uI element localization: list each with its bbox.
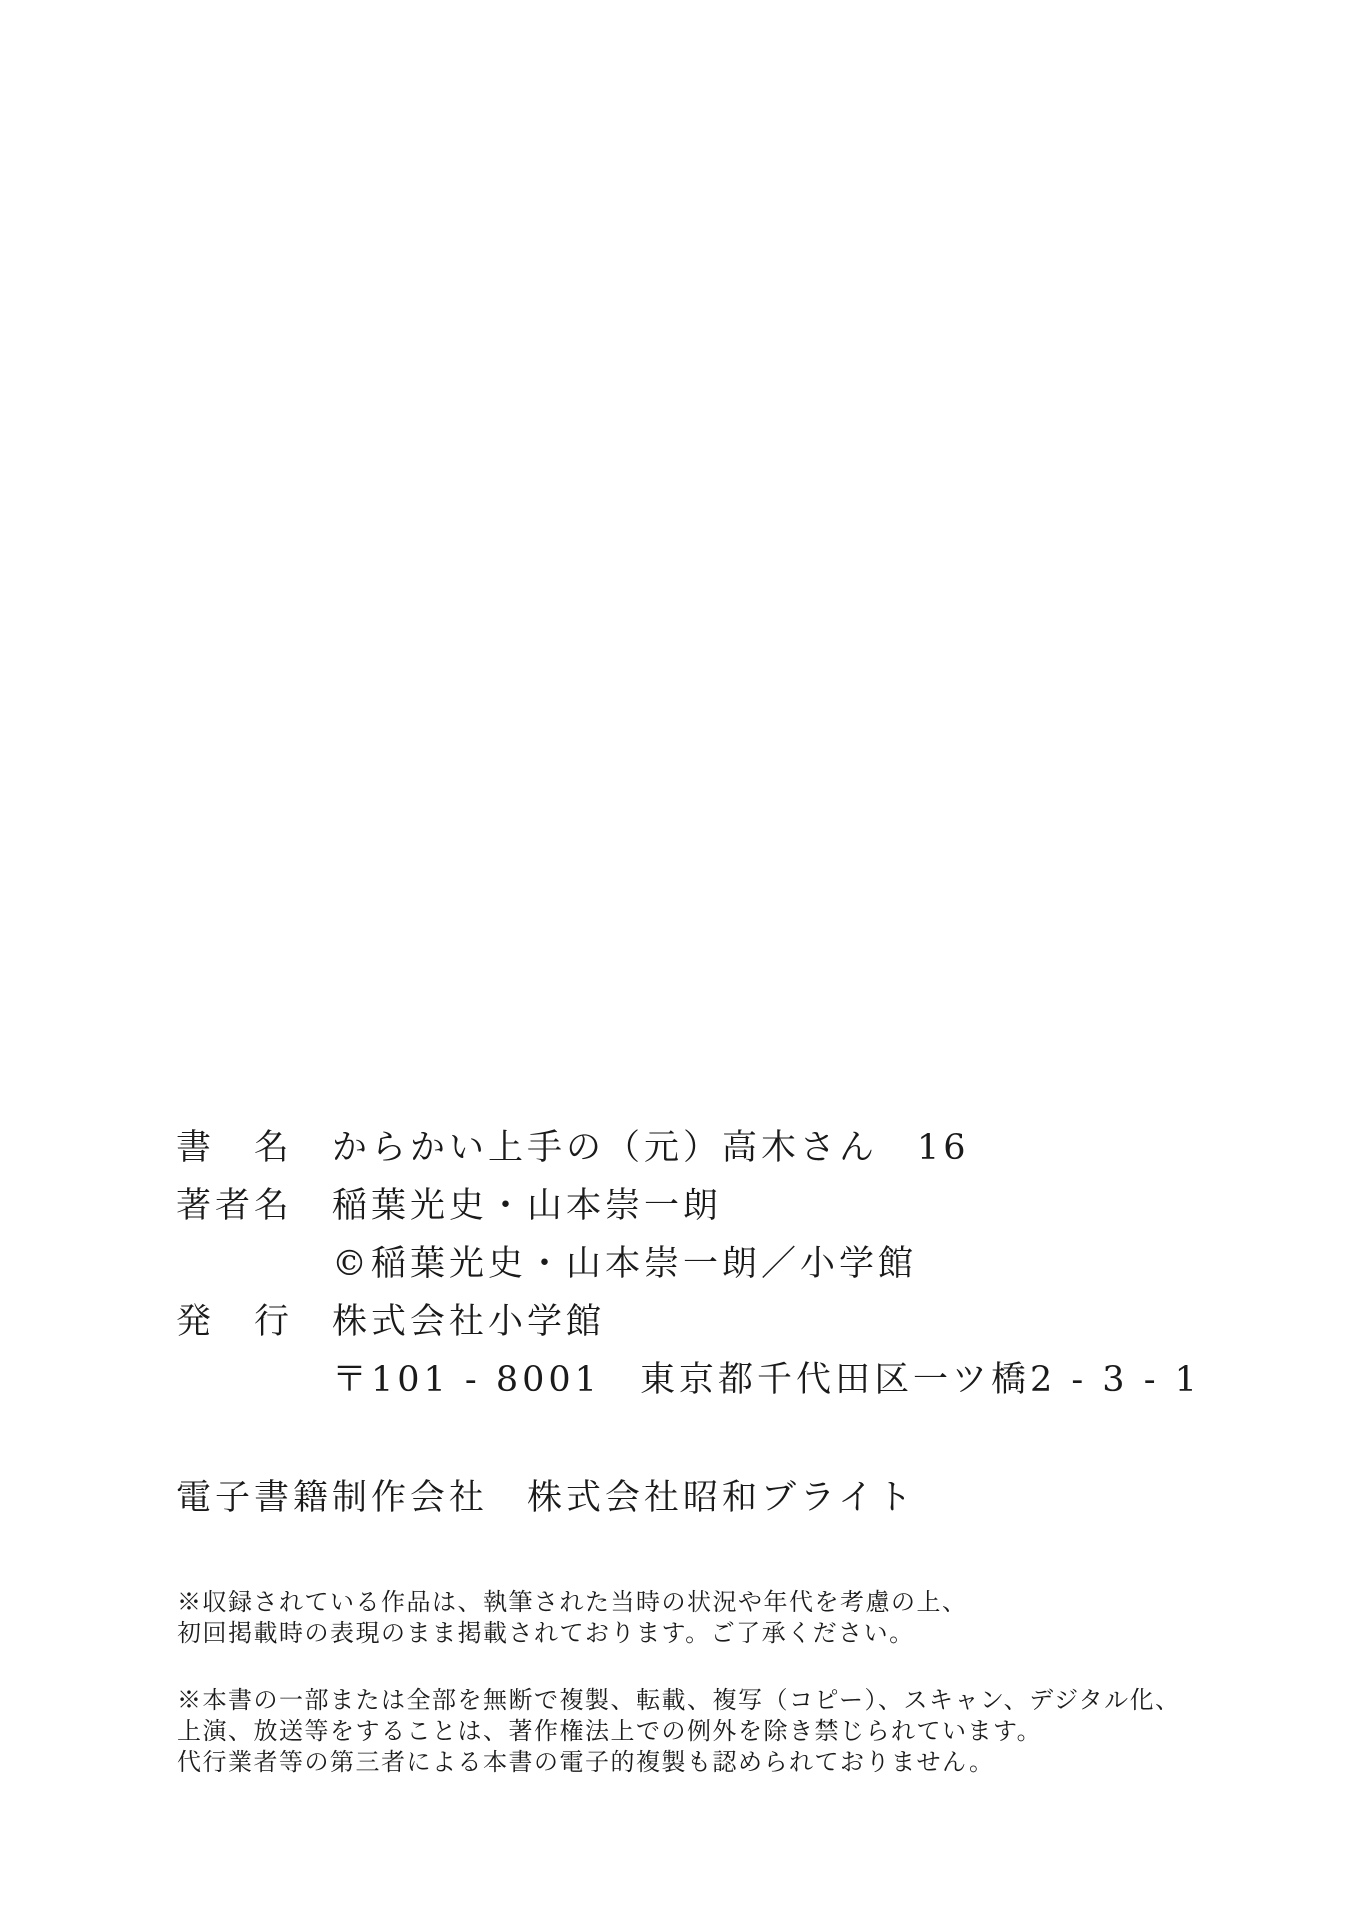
copyright-label	[176, 1235, 332, 1293]
content-note-block: ※収録されている作品は、執筆された当時の状況や年代を考慮の上、 初回掲載時の表現…	[177, 1587, 968, 1649]
publisher-address-row: 〒101 - 8001 東京都千代田区一ツ橋2 - 3 - 1	[176, 1351, 1201, 1409]
author-value: 稲葉光史・山本崇一朗	[332, 1177, 722, 1235]
publisher-address-label	[176, 1351, 332, 1409]
author-label: 著者名	[176, 1177, 332, 1235]
content-note-line: ※収録されている作品は、執筆された当時の状況や年代を考慮の上、	[177, 1587, 968, 1618]
copyright-value: ©稲葉光史・山本崇一朗／小学館	[332, 1235, 917, 1293]
colophon-page: 書 名 からかい上手の（元）高木さん 16 著者名 稲葉光史・山本崇一朗 ©稲葉…	[0, 0, 1354, 1920]
book-title-value: からかい上手の（元）高木さん 16	[332, 1119, 970, 1177]
author-row: 著者名 稲葉光史・山本崇一朗	[176, 1177, 1201, 1235]
book-title-label: 書 名	[176, 1119, 332, 1177]
book-title-row: 書 名 からかい上手の（元）高木さん 16	[176, 1119, 1201, 1177]
ebook-producer-line: 電子書籍制作会社 株式会社昭和ブライト	[176, 1469, 916, 1527]
publisher-address-value: 〒101 - 8001 東京都千代田区一ツ橋2 - 3 - 1	[332, 1351, 1201, 1409]
book-info-block: 書 名 からかい上手の（元）高木さん 16 著者名 稲葉光史・山本崇一朗 ©稲葉…	[176, 1119, 1201, 1409]
copyright-note-line: ※本書の一部または全部を無断で複製、転載、複写（コピー）、スキャン、デジタル化、	[177, 1685, 1181, 1716]
publisher-value: 株式会社小学館	[332, 1293, 605, 1351]
publisher-label: 発 行	[176, 1293, 332, 1351]
content-note-line: 初回掲載時の表現のまま掲載されております。ご了承ください。	[177, 1618, 968, 1649]
copyright-note-block: ※本書の一部または全部を無断で複製、転載、複写（コピー）、スキャン、デジタル化、…	[177, 1685, 1181, 1778]
copyright-row: ©稲葉光史・山本崇一朗／小学館	[176, 1235, 1201, 1293]
copyright-note-line: 上演、放送等をすることは、著作権法上での例外を除き禁じられています。	[177, 1716, 1181, 1747]
publisher-row: 発 行 株式会社小学館	[176, 1293, 1201, 1351]
copyright-note-line: 代行業者等の第三者による本書の電子的複製も認められておりません。	[177, 1747, 1181, 1778]
